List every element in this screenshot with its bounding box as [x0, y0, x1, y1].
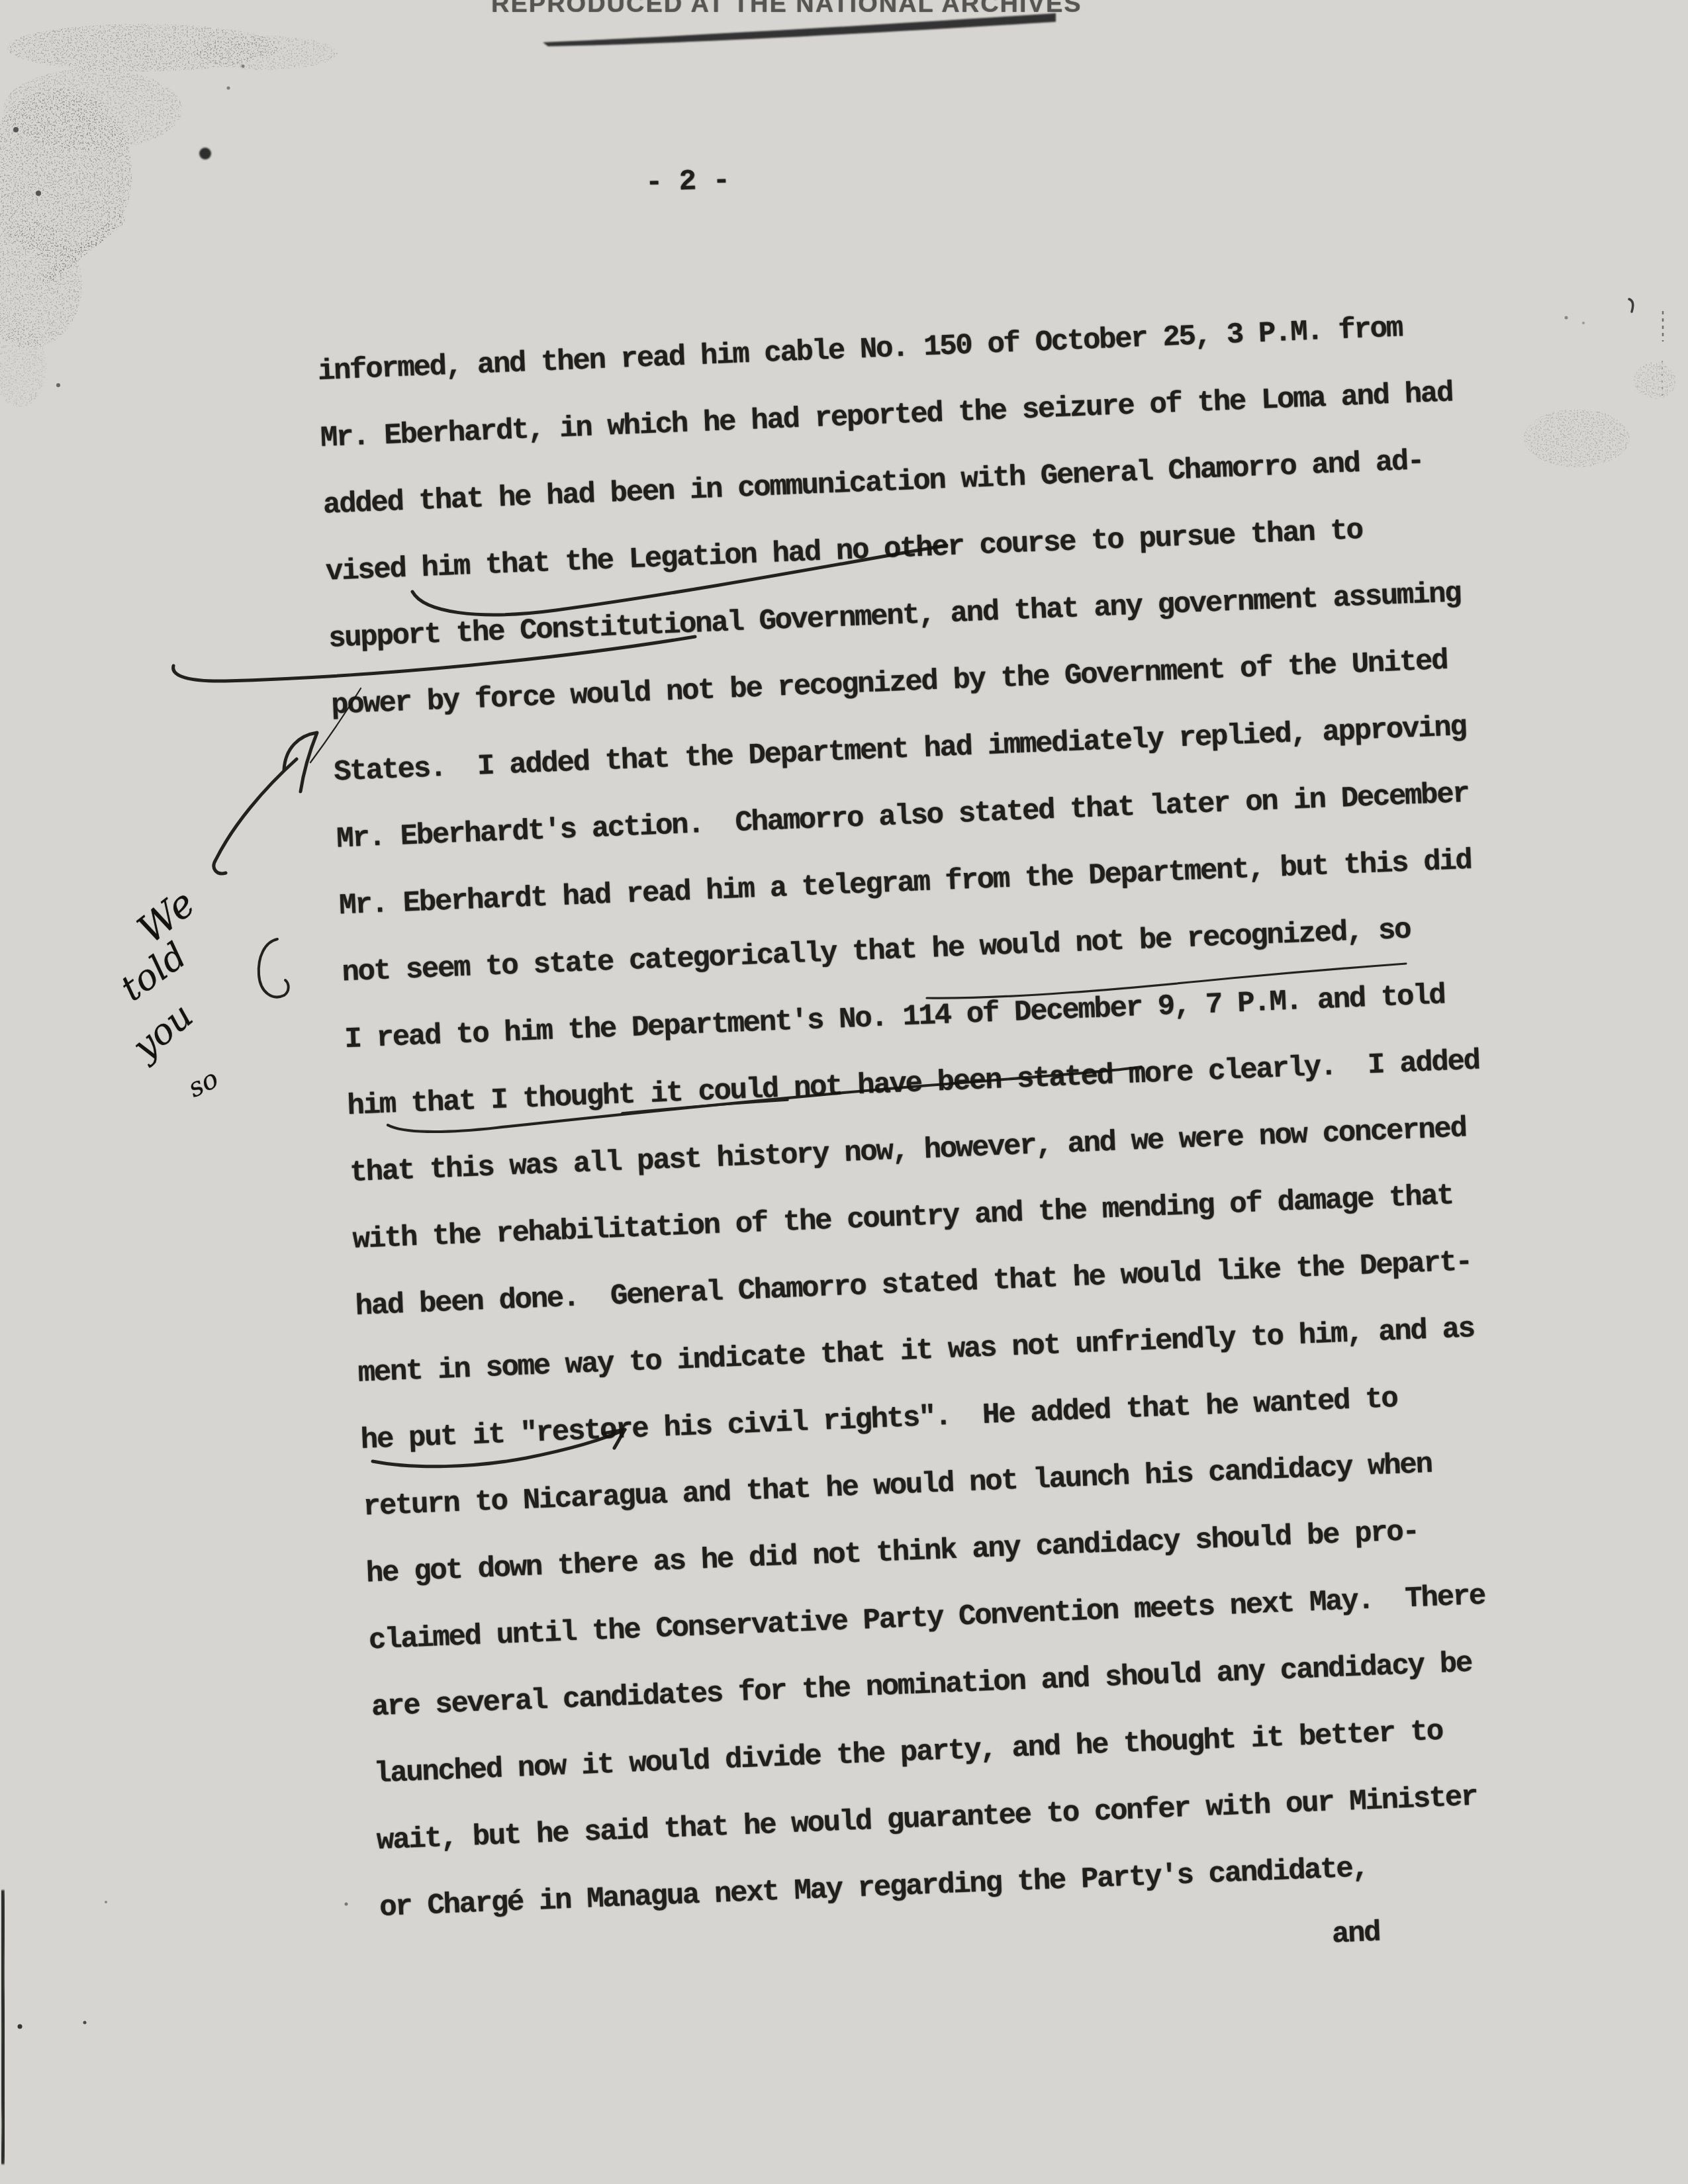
scan-edge-mark-bottom-left — [2, 1890, 348, 2164]
scanned-document-page: REPRODUCED AT THE NATIONAL ARCHIVES — [0, 0, 1688, 2184]
margin-note-word-so: so — [183, 1064, 223, 1104]
national-archives-stamp: REPRODUCED AT THE NATIONAL ARCHIVES — [491, 0, 1082, 18]
margin-note-word-told: told — [113, 934, 194, 1009]
margin-caret-mark — [259, 939, 289, 997]
margin-arrow-shaft — [214, 759, 297, 874]
typewritten-body: informed, and then read him cable No. 15… — [316, 293, 1519, 1942]
catchword: and — [1331, 1900, 1381, 1969]
ink-streak-top — [543, 13, 1056, 46]
page-number: - 2 - — [645, 164, 729, 200]
toner-smudge-top-left — [0, 24, 338, 407]
margin-arrow-head — [284, 733, 317, 792]
speck-cluster-right — [1524, 299, 1676, 467]
